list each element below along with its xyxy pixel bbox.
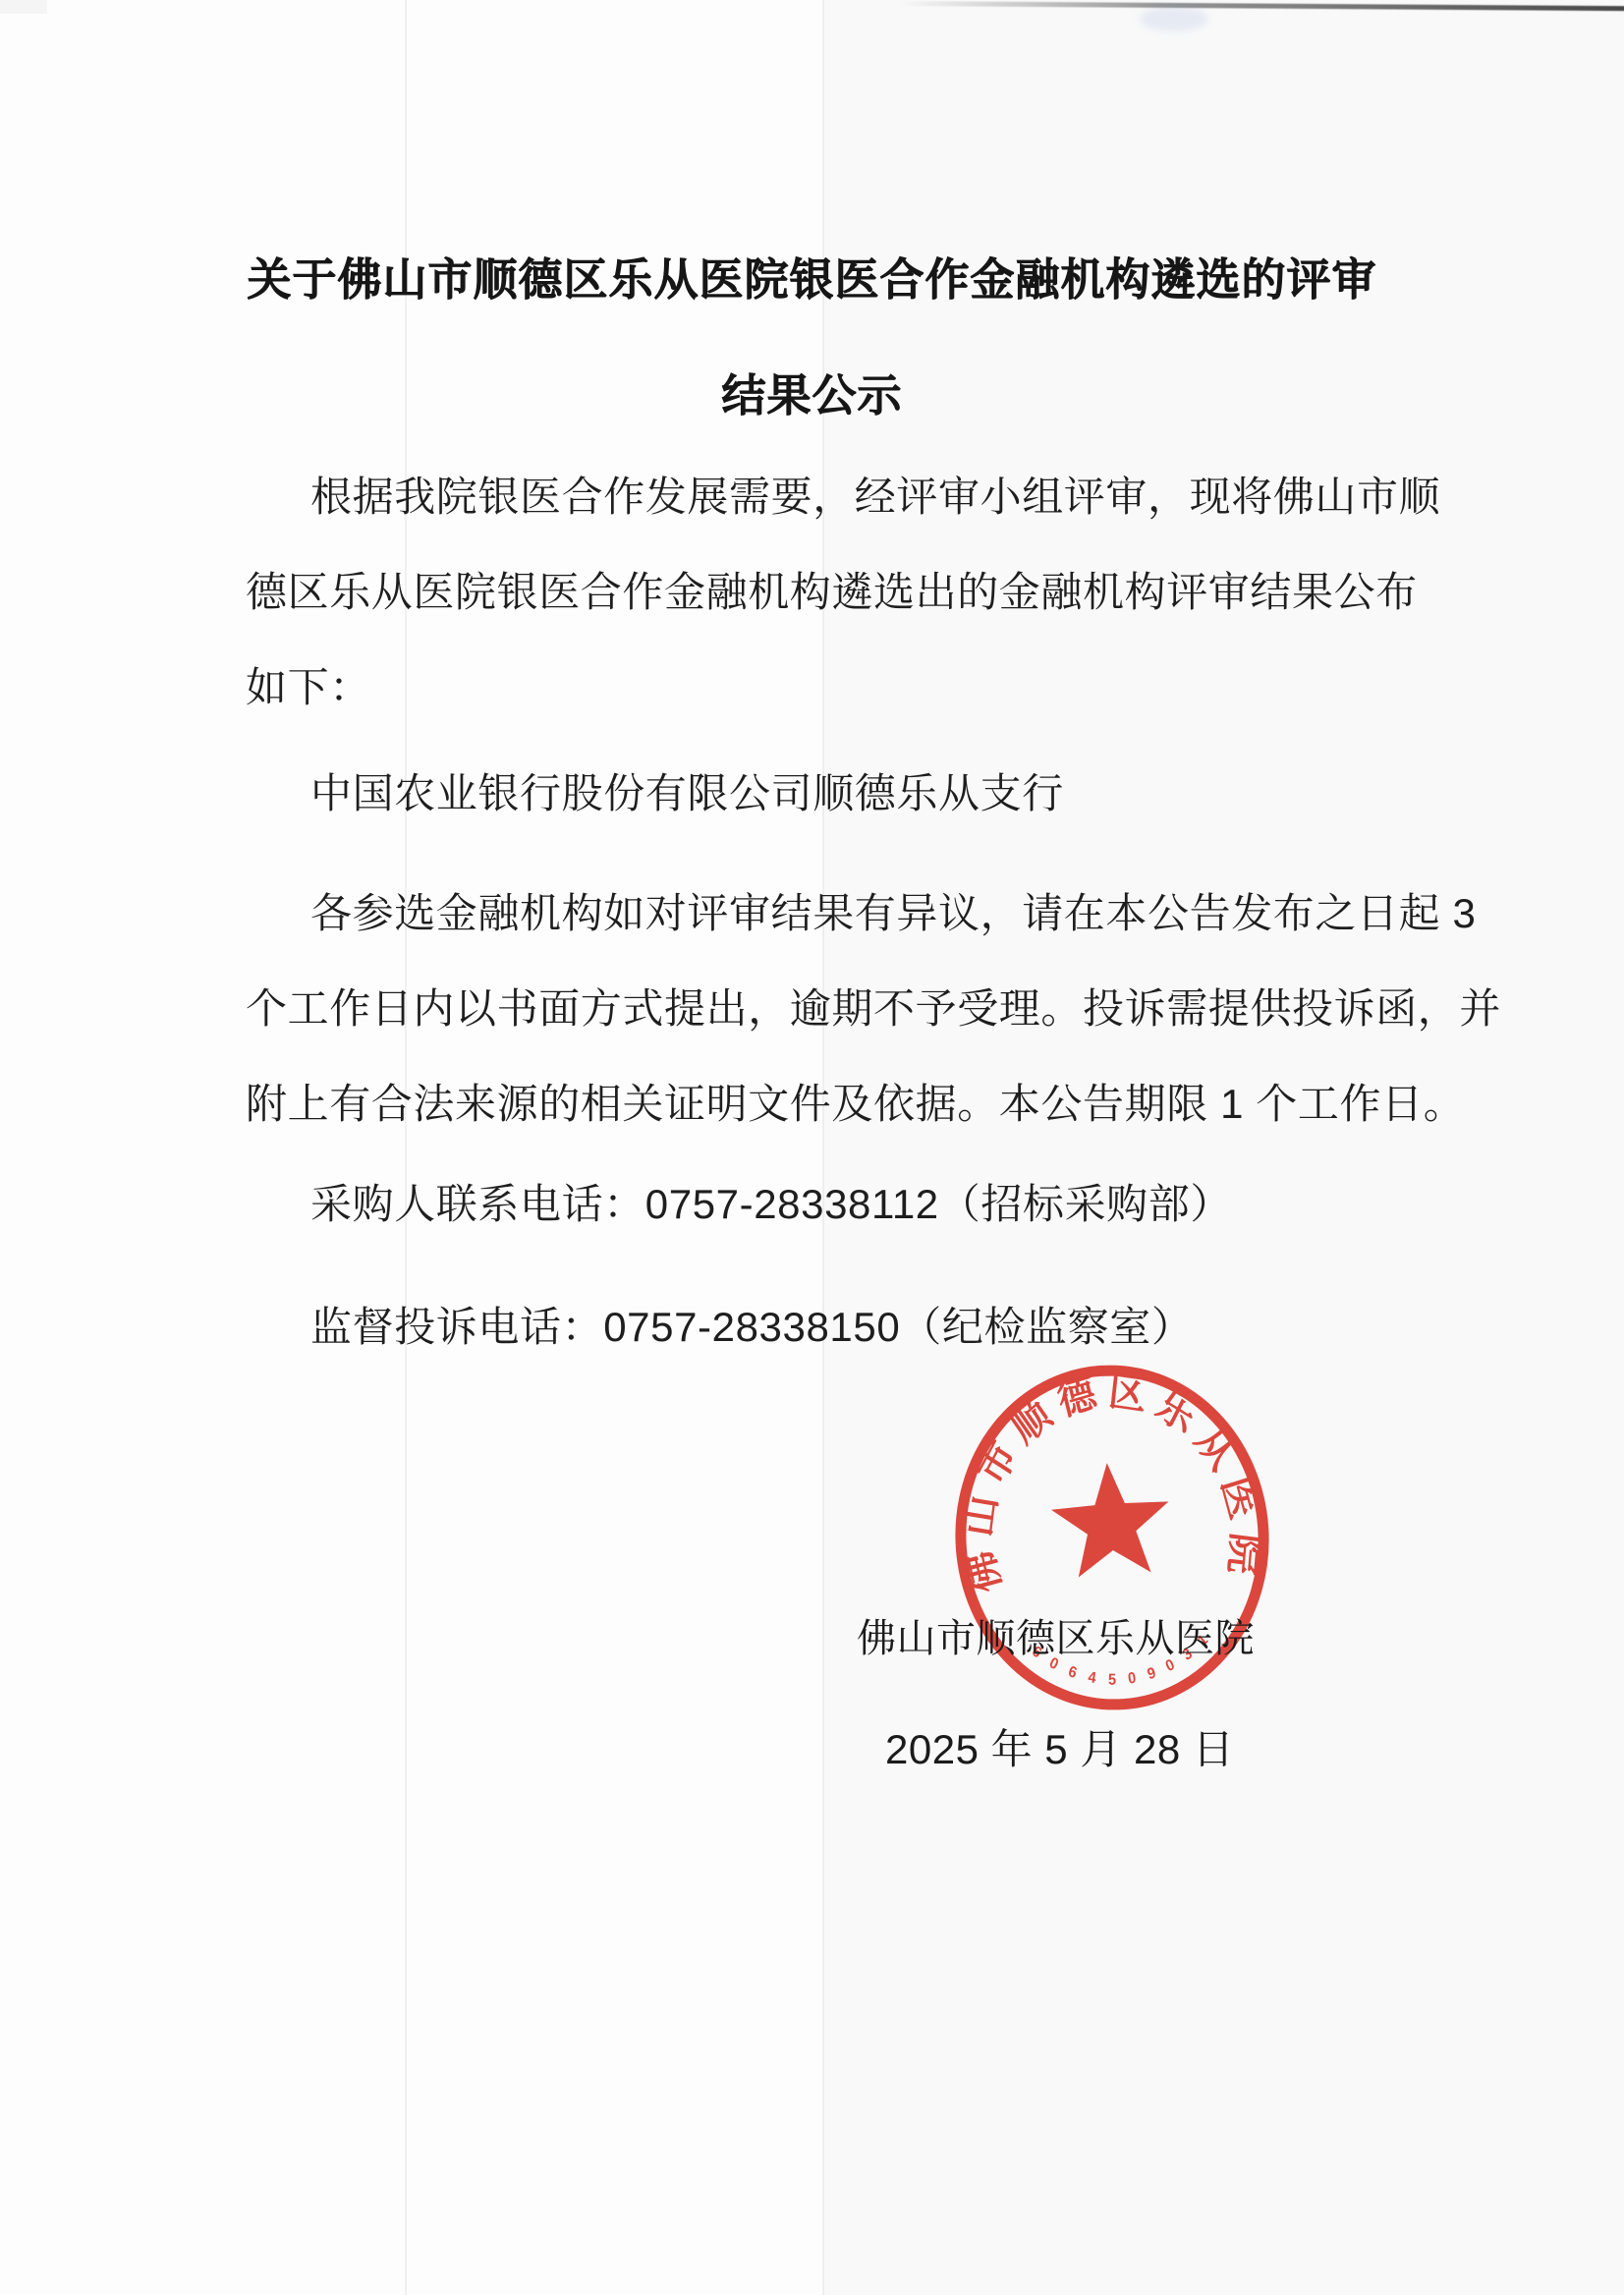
stamp-arc-char: 顺 <box>1003 1390 1059 1452</box>
paragraph-purchaser-phone: 采购人联系电话：0757-28338112（招标采购部） <box>246 1156 1385 1252</box>
stamp-arc-char: 市 <box>970 1433 1025 1492</box>
paragraph-selected-bank: 中国农业银行股份有限公司顺德乐从支行 <box>246 746 1385 841</box>
intro-line-2: 德区乐从医院银医合作金融机构遴选出的金融机构评审结果公布 <box>246 544 1385 640</box>
selected-bank-line: 中国农业银行股份有限公司顺德乐从支行 <box>246 746 1385 841</box>
purchaser-phone-line: 采购人联系电话：0757-28338112（招标采购部） <box>246 1156 1385 1252</box>
paragraph-objection: 各参选金融机构如对评审结果有异议，请在本公告发布之日起 3 个工作日内以书面方式… <box>246 866 1385 1151</box>
title-line-2: 结果公示 <box>0 338 1624 454</box>
stamp-serial-digit: 5 <box>1108 1671 1117 1689</box>
scan-artifact-streak <box>899 1 1624 11</box>
stamp-arc-char: 德 <box>1053 1369 1102 1425</box>
signature-line: 佛山市顺德区乐从医院 <box>857 1607 1255 1663</box>
intro-line-3: 如下： <box>246 640 1385 735</box>
stamp-serial-digit: 0 <box>1127 1669 1137 1688</box>
intro-line-1: 根据我院银医合作发展需要，经评审小组评审，现将佛山市顺 <box>246 449 1385 544</box>
objection-line-2: 个工作日内以书面方式提出，逾期不予受理。投诉需提供投诉函，并 <box>246 961 1385 1056</box>
title-line-1: 关于佛山市顺德区乐从医院银医合作金融机构遴选的评审 <box>0 222 1624 338</box>
scan-blue-smudge <box>1140 6 1208 31</box>
date-line: 2025 年 5 月 28 日 <box>885 1717 1234 1776</box>
document-title: 关于佛山市顺德区乐从医院银医合作金融机构遴选的评审 结果公示 <box>0 222 1624 454</box>
objection-line-1: 各参选金融机构如对评审结果有异议，请在本公告发布之日起 3 <box>246 866 1385 961</box>
official-stamp: 佛 山 市 顺 德 区 乐 从 医 院 6 0 6 4 5 0 <box>930 1343 1293 1731</box>
scanned-document-page: 关于佛山市顺德区乐从医院银医合作金融机构遴选的评审 结果公示 根据我院银医合作发… <box>0 0 1624 2295</box>
red-star-icon <box>1048 1459 1173 1579</box>
stamp-arc-char: 从 <box>1187 1418 1243 1479</box>
stamp-serial-digit: 4 <box>1087 1668 1097 1687</box>
stamp-serial-digit: 9 <box>1146 1664 1158 1684</box>
stamp-serial-digit: 6 <box>1066 1663 1079 1683</box>
stamp-arc-char: 山 <box>958 1492 1005 1540</box>
objection-line-3: 附上有合法来源的相关证明文件及依据。本公告期限 1 个工作日。 <box>246 1056 1385 1151</box>
stamp-arc-char: 区 <box>1106 1368 1148 1419</box>
stamp-arc-char: 乐 <box>1149 1381 1204 1442</box>
paragraph-intro: 根据我院银医合作发展需要，经评审小组评审，现将佛山市顺 德区乐从医院银医合作金融… <box>246 449 1385 735</box>
scan-corner-smudge <box>0 0 47 14</box>
stamp-arc-char: 院 <box>1221 1531 1266 1577</box>
